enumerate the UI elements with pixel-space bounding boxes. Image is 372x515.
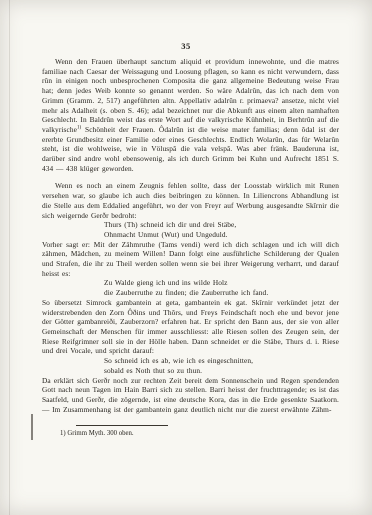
footnote-text: 1) Grimm Myth. 300 oben.: [60, 429, 339, 438]
scan-edge-line: [9, 0, 10, 515]
verse-line: So schneid ich es ab, wie ich es eingesc…: [104, 356, 339, 366]
page-number: 35: [0, 41, 372, 51]
verse-line: sobald es Noth thut so zu thun.: [104, 366, 339, 376]
footnote-rule: [76, 425, 168, 426]
paragraph: Vorher sagt er: Mit der Zähmruthe (Tams …: [42, 240, 339, 279]
paragraph: Wenn es noch an einem Zeugnis fehlen sol…: [42, 181, 339, 220]
paragraph: Wenn den Frauen überhaupt sanctum aliqui…: [42, 57, 339, 173]
paragraph-text: Wenn den Frauen überhaupt sanctum aliqui…: [42, 57, 339, 134]
verse-line: Ohnmacht Unmut (Wut) und Ungeduld.: [104, 230, 339, 240]
verse-quote: Thurs (Th) schneid ich dir und drei Stäb…: [42, 220, 339, 239]
verse-quote: Zu Walde gieng ich und ins wilde Holz di…: [42, 278, 339, 297]
paragraph-text: Schönheit der Frauen. Ôdalrûn ist die we…: [42, 125, 339, 173]
footnote-area: 1) Grimm Myth. 300 oben.: [42, 425, 339, 438]
scanned-book-page: 35 Wenn den Frauen überhaupt sanctum ali…: [0, 0, 372, 515]
paragraph: So übersetzt Simrock gambantein at geta,…: [42, 298, 339, 356]
verse-line: Zu Walde gieng ich und ins wilde Holz: [104, 278, 339, 288]
scan-ink-mark: [31, 414, 33, 440]
body-text: Wenn den Frauen überhaupt sanctum aliqui…: [42, 57, 339, 414]
verse-line: Thurs (Th) schneid ich dir und drei Stäb…: [104, 220, 339, 230]
verse-line: die Zauberruthe zu finden; die Zauberrut…: [104, 288, 339, 298]
paragraph: Da erklärt sich Gerðr noch zur rechten Z…: [42, 376, 339, 415]
verse-quote: So schneid ich es ab, wie ich es eingesc…: [42, 356, 339, 375]
